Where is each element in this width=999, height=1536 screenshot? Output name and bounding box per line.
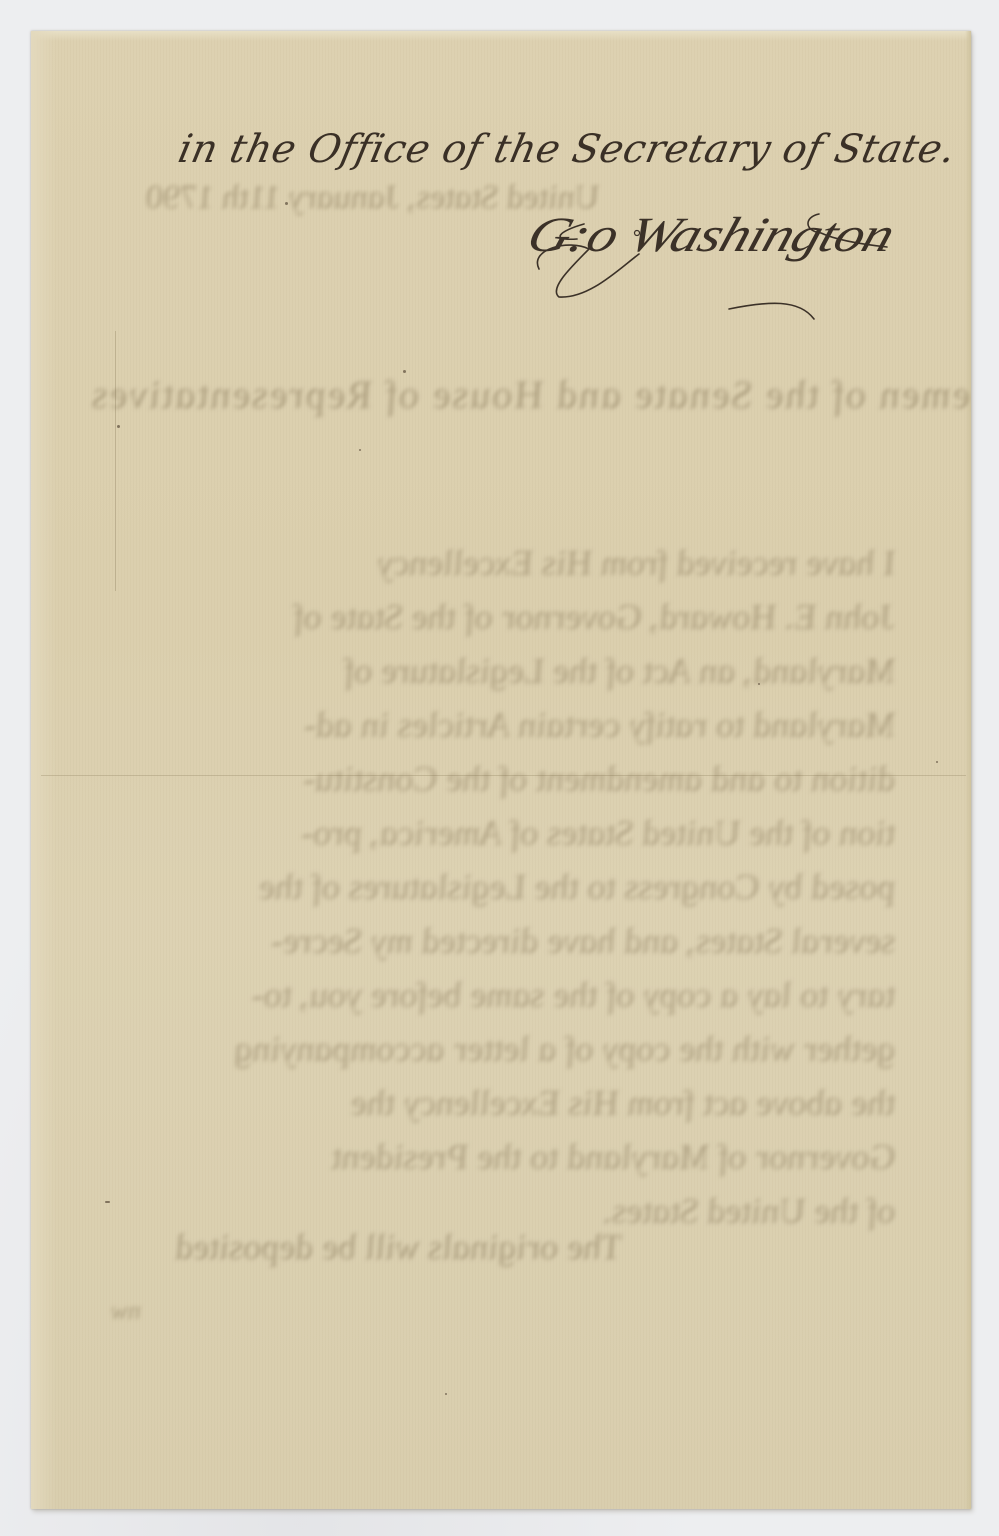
paper-speck (403, 370, 406, 373)
bleed-through-line: tary to lay a copy of the same before yo… (89, 968, 902, 1022)
bleed-through-line: posed by Congress to the Legislatures of… (89, 860, 902, 914)
bleed-through-line: dition to and amendment of the Constitu- (89, 752, 902, 806)
bleed-through-line: John E. Howard, Governor of the State of (89, 590, 902, 644)
bleed-through-line: Maryland to ratify certain Articles in a… (89, 698, 902, 752)
bleed-through-closing: The originals will be deposited (171, 1226, 627, 1268)
bleed-through-line: tion of the United States of America, pr… (89, 806, 902, 860)
bleed-through-salutation: Gentlemen of the Senate and House of Rep… (85, 371, 971, 418)
manuscript-page: United States, January 11th 1790 Gentlem… (31, 31, 971, 1509)
paper-edge-right (965, 31, 971, 1509)
paper-speck (105, 1201, 110, 1203)
bleed-through-line: the above act from His Excellency the (89, 1076, 902, 1130)
paper-speck (936, 761, 938, 763)
paper-edge-left (31, 31, 56, 1509)
paper-edge-top (31, 31, 971, 41)
bleed-through-initials: nw (107, 1296, 145, 1326)
paper-speck (359, 449, 361, 451)
bleed-through-line: Maryland, an Act of the Legislature of (89, 644, 902, 698)
bleed-through-line: I have received from His Excellency (199, 536, 902, 590)
docket-heading: in the Office of the Secretary of State. (174, 127, 960, 172)
paper-speck (117, 425, 120, 428)
bleed-through-line: gether with the copy of a letter accompa… (89, 1022, 902, 1076)
paper-speck (285, 202, 288, 205)
paper-speck (758, 683, 760, 685)
signature: G:o Washington (520, 206, 901, 263)
bleed-through-line: Governor of Maryland to the President (89, 1130, 902, 1184)
bleed-through-body: I have received from His Excellency John… (96, 536, 896, 1238)
paper-speck (445, 1393, 447, 1395)
bleed-through-line: several States, and have directed my Sec… (89, 914, 902, 968)
